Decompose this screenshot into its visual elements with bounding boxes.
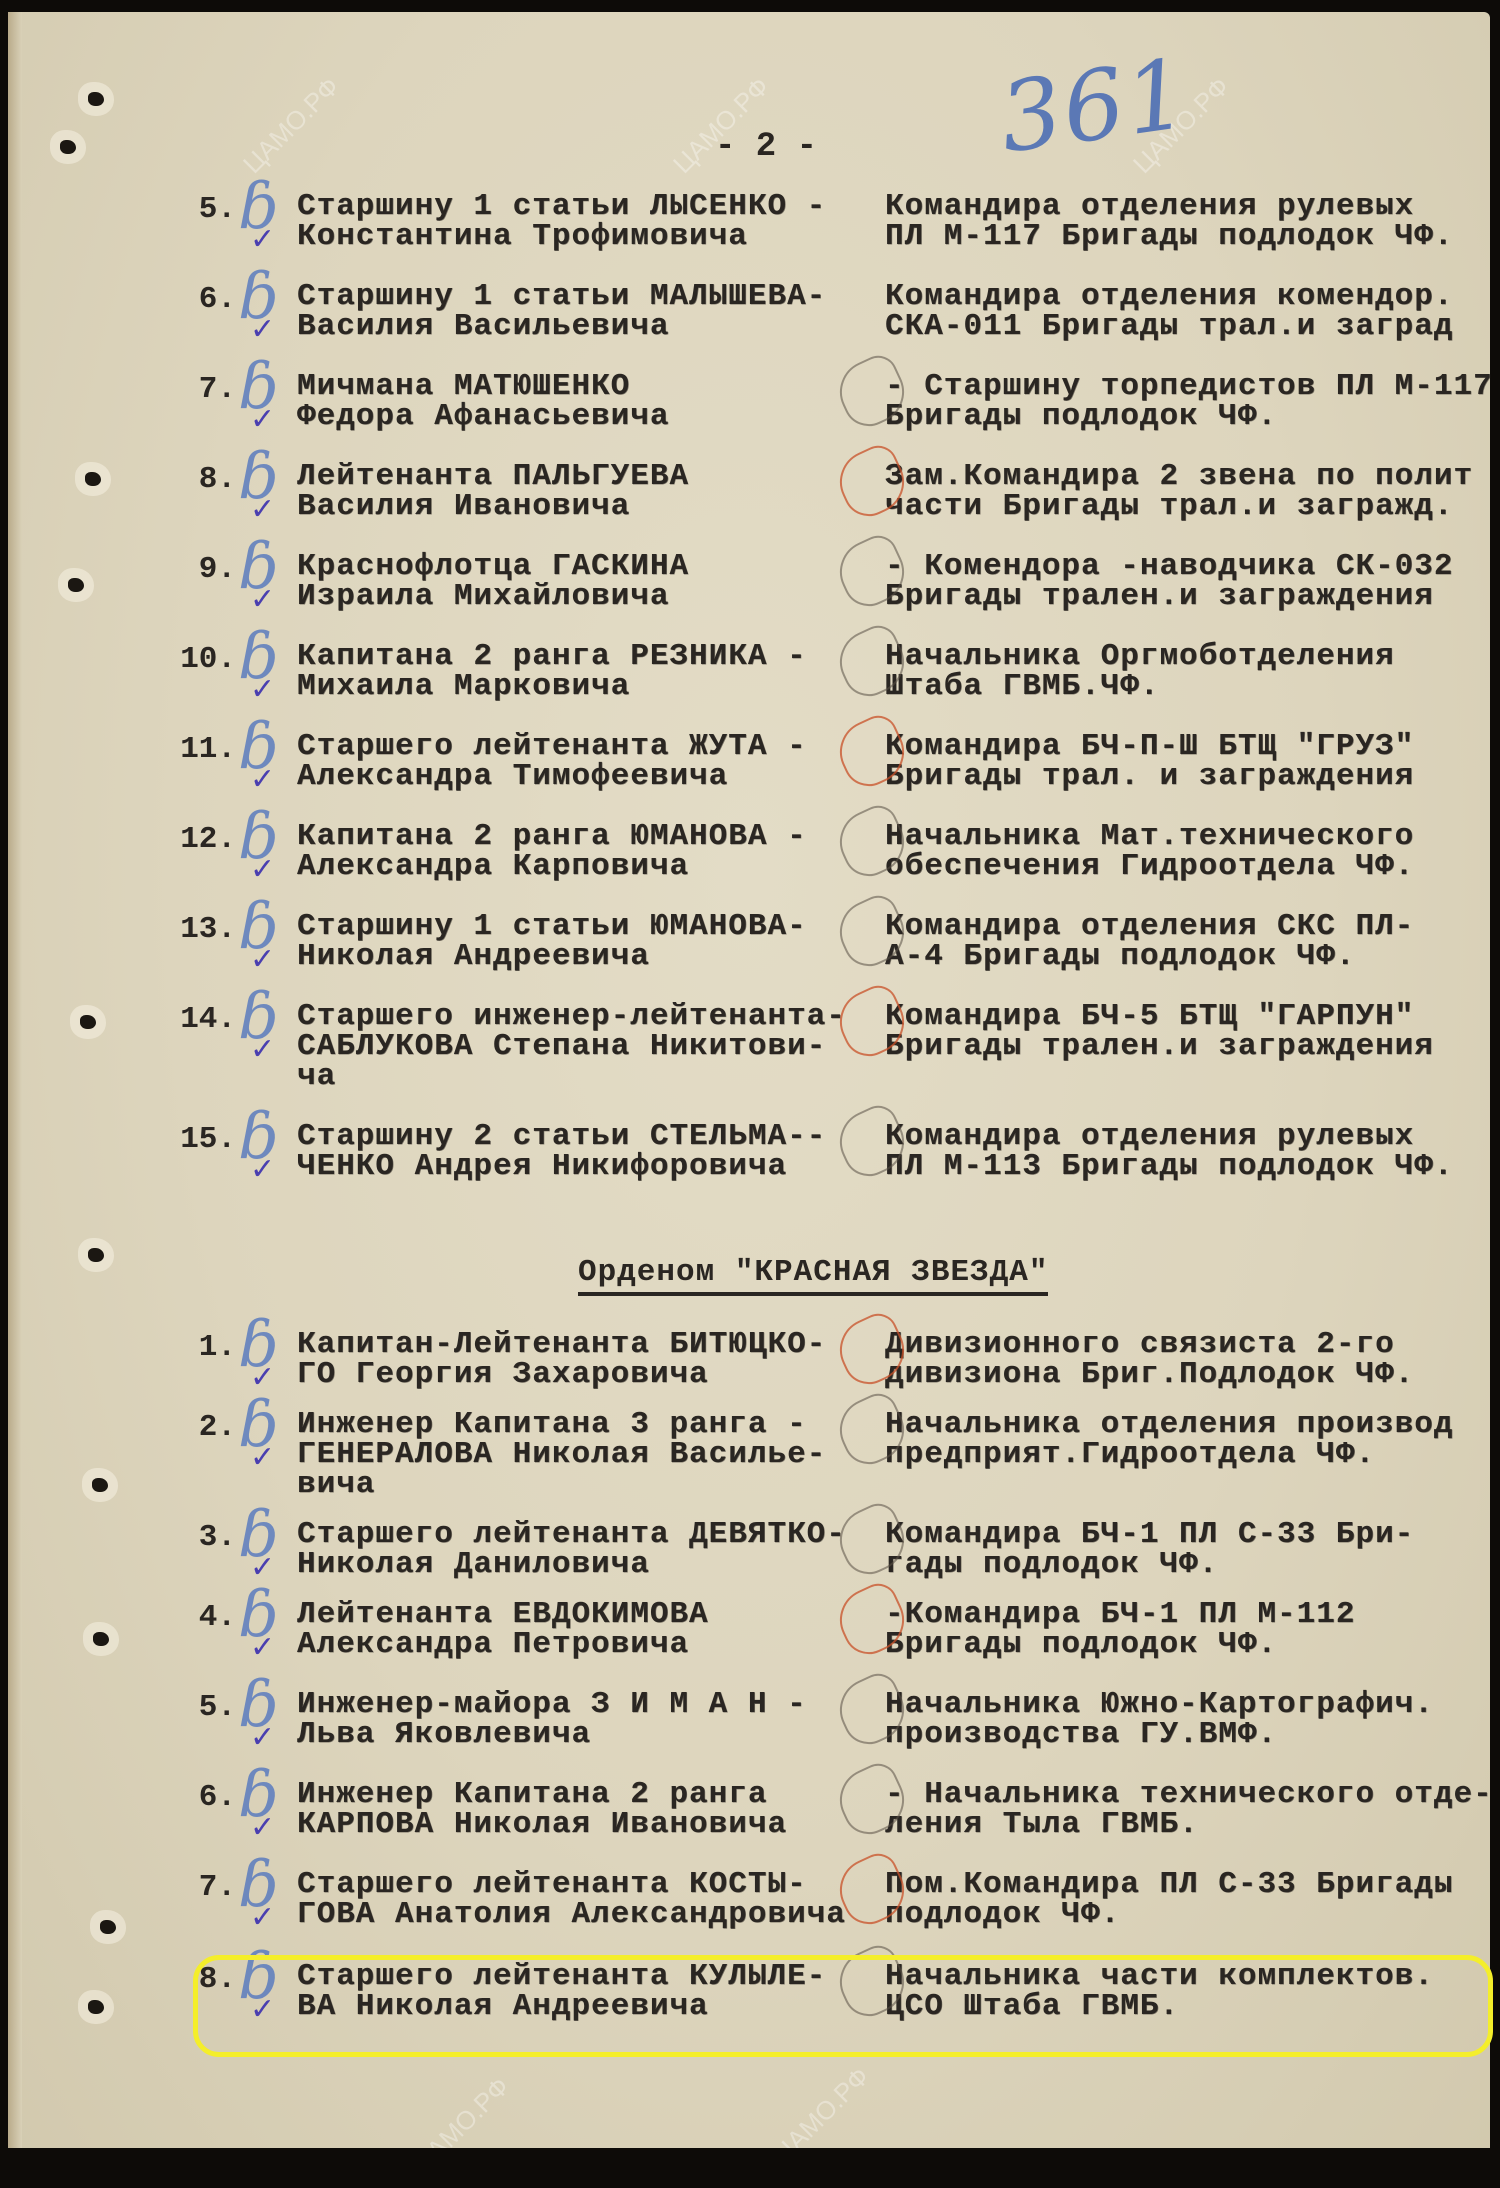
name-continuation: ча bbox=[297, 1062, 336, 1092]
position-line-2: обеспечения Гидроотдела ЧФ. bbox=[885, 852, 1414, 882]
award-entry: 14.Старшего инженер-лейтенанта-САБЛУКОВА… bbox=[0, 1002, 1500, 1072]
position-line-2: производства ГУ.ВМФ. bbox=[885, 1720, 1277, 1750]
entry-number: 6. bbox=[176, 1780, 236, 1815]
position-line-1: Зам.Командира 2 звена по полит bbox=[885, 462, 1473, 492]
checkmark-icon: ✓ bbox=[250, 762, 275, 797]
given-name-patronymic: Василия Васильевича bbox=[297, 312, 669, 342]
entry-number: 12. bbox=[176, 822, 236, 857]
entry-number: 4. bbox=[176, 1600, 236, 1635]
position-line-2: предприят.Гидроотдела ЧФ. bbox=[885, 1440, 1375, 1470]
position-line-2: дивизиона Бриг.Подлодок ЧФ. bbox=[885, 1360, 1414, 1390]
position-line-1: Командира БЧ-1 ПЛ С-33 Бри- bbox=[885, 1520, 1414, 1550]
entry-number: 1. bbox=[176, 1330, 236, 1365]
checkmark-icon: ✓ bbox=[250, 942, 275, 977]
rank-and-surname: Старшину 1 статьи МАЛЫШЕВА- bbox=[297, 282, 826, 312]
punch-hole-icon bbox=[88, 92, 104, 106]
checkmark-icon: ✓ bbox=[250, 1900, 275, 1935]
award-entry: 7.Старшего лейтенанта КОСТЫ-ГОВА Анатоли… bbox=[0, 1870, 1500, 1940]
given-name-patronymic: Александра Тимофеевича bbox=[297, 762, 728, 792]
award-entry: 15.Старшину 2 статьи СТЕЛЬМА--ЧЕНКО Андр… bbox=[0, 1122, 1500, 1192]
position-line-1: - Начальника технического отде- bbox=[885, 1780, 1493, 1810]
rank-and-surname: Старшего лейтенанта ДЕВЯТКО- bbox=[297, 1520, 846, 1550]
rank-and-surname: Инженер Капитана 3 ранга - bbox=[297, 1410, 807, 1440]
award-entry: 3.Старшего лейтенанта ДЕВЯТКО-Николая Да… bbox=[0, 1520, 1500, 1590]
position-line-2: А-4 Бригады подлодок ЧФ. bbox=[885, 942, 1355, 972]
checkmark-icon: ✓ bbox=[250, 222, 275, 257]
given-name-patronymic: САБЛУКОВА Степана Никитови- bbox=[297, 1032, 826, 1062]
position-line-1: - Комендора -наводчика СК-032 bbox=[885, 552, 1454, 582]
punch-hole-icon bbox=[60, 140, 76, 154]
scan-border bbox=[0, 2148, 1500, 2188]
position-line-1: -Командира БЧ-1 ПЛ М-112 bbox=[885, 1600, 1355, 1630]
position-line-2: СКА-011 Бригады трал.и заград bbox=[885, 312, 1454, 342]
given-name-patronymic: ГЕНЕРАЛОВА Николая Васильe- bbox=[297, 1440, 826, 1470]
rank-and-surname: Старшего лейтенанта ЖУТА - bbox=[297, 732, 807, 762]
position-line-1: Начальника Мат.технического bbox=[885, 822, 1414, 852]
award-entry: 7.Мичмана МАТЮШЕНКОФедора Афанасьевича- … bbox=[0, 372, 1500, 442]
entry-number: 10. bbox=[176, 642, 236, 677]
given-name-patronymic: ГО Георгия Захаровича bbox=[297, 1360, 709, 1390]
name-continuation: вича bbox=[297, 1470, 375, 1500]
checkmark-icon: ✓ bbox=[250, 402, 275, 437]
award-entry: 5.Старшину 1 статьи ЛЫСЕНКО -Константина… bbox=[0, 192, 1500, 262]
entry-number: 5. bbox=[176, 1690, 236, 1725]
rank-and-surname: Капитан-Лейтенанта БИТЮЦКО- bbox=[297, 1330, 826, 1360]
position-line-1: - Старшину торпедистов ПЛ М-117 bbox=[885, 372, 1493, 402]
position-line-2: Бригады подлодок ЧФ. bbox=[885, 1630, 1277, 1660]
award-entry: 11.Старшего лейтенанта ЖУТА -Александра … bbox=[0, 732, 1500, 802]
position-line-2: части Бригады трал.и загражд. bbox=[885, 492, 1454, 522]
position-line-2: Штаба ГВМБ.ЧФ. bbox=[885, 672, 1159, 702]
position-line-2: ления Тыла ГВМБ. bbox=[885, 1810, 1199, 1840]
position-line-1: Командира отделения рулевых bbox=[885, 192, 1414, 222]
given-name-patronymic: Михаила Марковича bbox=[297, 672, 630, 702]
highlighted-entry-box bbox=[193, 1955, 1493, 2057]
position-line-2: ПЛ М-113 Бригады подлодок ЧФ. bbox=[885, 1152, 1454, 1182]
given-name-patronymic: Израила Михайловича bbox=[297, 582, 669, 612]
rank-and-surname: Старшину 1 статьи ЮМАНОВА- bbox=[297, 912, 807, 942]
award-entry: 6.Старшину 1 статьи МАЛЫШЕВА-Василия Вас… bbox=[0, 282, 1500, 352]
rank-and-surname: Мичмана МАТЮШЕНКО bbox=[297, 372, 630, 402]
entry-number: 3. bbox=[176, 1520, 236, 1555]
entry-number: 9. bbox=[176, 552, 236, 587]
checkmark-icon: ✓ bbox=[250, 672, 275, 707]
position-line-2: подлодок ЧФ. bbox=[885, 1900, 1120, 1930]
punch-hole-icon bbox=[92, 1478, 108, 1492]
rank-and-surname: Старшего инженер-лейтенанта- bbox=[297, 1002, 846, 1032]
entry-number: 2. bbox=[176, 1410, 236, 1445]
position-line-1: Командира отделения рулевых bbox=[885, 1122, 1414, 1152]
given-name-patronymic: Николая Даниловича bbox=[297, 1550, 650, 1580]
position-line-1: Пом.Командира ПЛ С-33 Бригады bbox=[885, 1870, 1454, 1900]
checkmark-icon: ✓ bbox=[250, 582, 275, 617]
award-entry: 10.Капитана 2 ранга РЕЗНИКА -Михаила Мар… bbox=[0, 642, 1500, 712]
entry-number: 8. bbox=[176, 462, 236, 497]
given-name-patronymic: Александра Карповича bbox=[297, 852, 689, 882]
given-name-patronymic: ГОВА Анатолия Александровича bbox=[297, 1900, 846, 1930]
award-entry: 13.Старшину 1 статьи ЮМАНОВА-Николая Анд… bbox=[0, 912, 1500, 982]
rank-and-surname: Инженер-майора З И М А Н - bbox=[297, 1690, 807, 1720]
entry-number: 7. bbox=[176, 1870, 236, 1905]
entry-number: 15. bbox=[176, 1122, 236, 1157]
award-entry: 4.Лейтенанта ЕВДОКИМОВААлександра Петров… bbox=[0, 1600, 1500, 1670]
rank-and-surname: Капитана 2 ранга ЮМАНОВА - bbox=[297, 822, 807, 852]
given-name-patronymic: Александра Петровича bbox=[297, 1630, 689, 1660]
section-heading-red-star-order: Орденом "КРАСНАЯ ЗВЕЗДА" bbox=[578, 1255, 1048, 1296]
checkmark-icon: ✓ bbox=[250, 852, 275, 887]
rank-and-surname: Краснофлотца ГАСКИНА bbox=[297, 552, 689, 582]
rank-and-surname: Старшего лейтенанта КОСТЫ- bbox=[297, 1870, 807, 1900]
given-name-patronymic: КАРПОВА Николая Ивановича bbox=[297, 1810, 787, 1840]
given-name-patronymic: Василия Ивановича bbox=[297, 492, 630, 522]
position-line-2: Бригады трален.и заграждения bbox=[885, 1032, 1434, 1062]
entry-number: 11. bbox=[176, 732, 236, 767]
page-number: - 2 - bbox=[715, 128, 817, 166]
award-entry: 2.Инженер Капитана 3 ранга -ГЕНЕРАЛОВА Н… bbox=[0, 1410, 1500, 1480]
position-line-1: Командира БЧ-5 БТЩ "ГАРПУН" bbox=[885, 1002, 1414, 1032]
checkmark-icon: ✓ bbox=[250, 1032, 275, 1067]
punch-hole-icon bbox=[88, 1248, 104, 1262]
rank-and-surname: Лейтенанта ПАЛЬГУЕВА bbox=[297, 462, 689, 492]
award-entry: 12.Капитана 2 ранга ЮМАНОВА -Александра … bbox=[0, 822, 1500, 892]
rank-and-surname: Старшину 2 статьи СТЕЛЬМА-- bbox=[297, 1122, 826, 1152]
rank-and-surname: Капитана 2 ранга РЕЗНИКА - bbox=[297, 642, 807, 672]
position-line-2: Бригады трален.и заграждения bbox=[885, 582, 1434, 612]
award-entry: 9.Краснофлотца ГАСКИНАИзраила Михайлович… bbox=[0, 552, 1500, 622]
given-name-patronymic: Николая Андреевича bbox=[297, 942, 650, 972]
entry-number: 5. bbox=[176, 192, 236, 227]
award-entry: 5.Инженер-майора З И М А Н -Льва Яковлев… bbox=[0, 1690, 1500, 1760]
checkmark-icon: ✓ bbox=[250, 1630, 275, 1665]
entry-number: 14. bbox=[176, 1002, 236, 1037]
entry-number: 13. bbox=[176, 912, 236, 947]
checkmark-icon: ✓ bbox=[250, 492, 275, 527]
award-entry: 6.Инженер Капитана 2 рангаКАРПОВА Никола… bbox=[0, 1780, 1500, 1850]
position-line-2: Бригады подлодок ЧФ. bbox=[885, 402, 1277, 432]
checkmark-icon: ✓ bbox=[250, 312, 275, 347]
checkmark-icon: ✓ bbox=[250, 1720, 275, 1755]
checkmark-icon: ✓ bbox=[250, 1152, 275, 1187]
award-entry: 1.Капитан-Лейтенанта БИТЮЦКО-ГО Георгия … bbox=[0, 1330, 1500, 1400]
checkmark-icon: ✓ bbox=[250, 1440, 275, 1475]
entry-number: 6. bbox=[176, 282, 236, 317]
position-line-1: Дивизионного связиста 2-го bbox=[885, 1330, 1395, 1360]
rank-and-surname: Старшину 1 статьи ЛЫСЕНКО - bbox=[297, 192, 826, 222]
given-name-patronymic: Федора Афанасьевича bbox=[297, 402, 669, 432]
given-name-patronymic: Льва Яковлевича bbox=[297, 1720, 591, 1750]
position-line-1: Командира отделения комендор. bbox=[885, 282, 1454, 312]
checkmark-icon: ✓ bbox=[250, 1810, 275, 1845]
given-name-patronymic: ЧЕНКО Андрея Никифоровича bbox=[297, 1152, 787, 1182]
award-entry: 8.Лейтенанта ПАЛЬГУЕВАВасилия ИвановичаЗ… bbox=[0, 462, 1500, 532]
position-line-2: гады подлодок ЧФ. bbox=[885, 1550, 1218, 1580]
position-line-1: Командира БЧ-П-Ш БТЩ "ГРУЗ" bbox=[885, 732, 1414, 762]
given-name-patronymic: Константина Трофимовича bbox=[297, 222, 748, 252]
rank-and-surname: Инженер Капитана 2 ранга bbox=[297, 1780, 767, 1810]
position-line-2: Бригады трал. и заграждения bbox=[885, 762, 1414, 792]
position-line-2: ПЛ М-117 Бригады подлодок ЧФ. bbox=[885, 222, 1454, 252]
rank-and-surname: Лейтенанта ЕВДОКИМОВА bbox=[297, 1600, 709, 1630]
position-line-1: Начальника отделения производ bbox=[885, 1410, 1454, 1440]
position-line-1: Начальника Оргмоботделения bbox=[885, 642, 1395, 672]
entry-number: 7. bbox=[176, 372, 236, 407]
position-line-1: Командира отделения СКС ПЛ- bbox=[885, 912, 1414, 942]
position-line-1: Начальника Южно-Картографич. bbox=[885, 1690, 1434, 1720]
